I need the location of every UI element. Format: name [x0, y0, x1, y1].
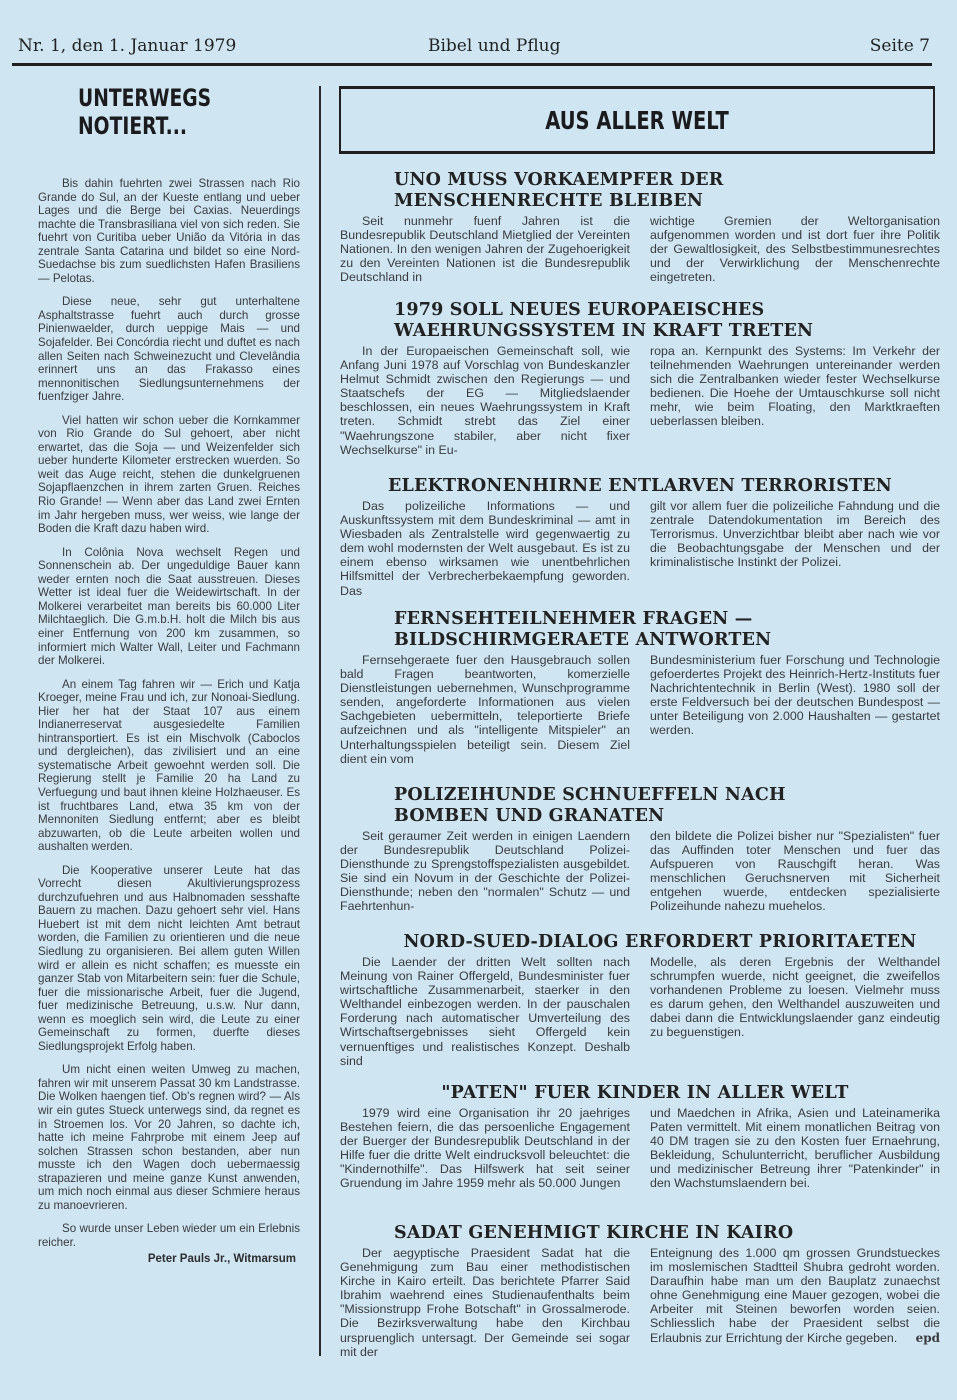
- header-rule: [12, 63, 932, 66]
- article-column: Seit nunmehr fuenf Jahren ist die Bundes…: [340, 214, 630, 284]
- publication-name: Bibel und Pflug: [428, 36, 561, 56]
- article-column: ropa an. Kernpunkt des Systems: Im Verke…: [650, 344, 940, 457]
- left-article-title: UNTERWEGS NOTIERT...: [78, 84, 251, 140]
- article-elektronenhirne: ELEKTRONENHIRNE ENTLARVEN TERRORISTEN Da…: [340, 476, 940, 598]
- left-article: UNTERWEGS NOTIERT... Bis dahin fuehrten …: [38, 84, 300, 1267]
- article-column: wichtige Gremien der Weltorganisation au…: [650, 214, 940, 284]
- article-column: und Maedchen in Afrika, Asien und Latein…: [650, 1106, 940, 1191]
- left-article-body: Bis dahin fuehrten zwei Strassen nach Ri…: [38, 177, 300, 1267]
- paragraph: Um nicht einen weiten Umweg zu machen, f…: [38, 1063, 300, 1212]
- article-headline: ELEKTRONENHIRNE ENTLARVEN TERRORISTEN: [340, 476, 940, 497]
- article-column: gilt vor allem fuer die polizeiliche Fah…: [650, 499, 940, 598]
- article-headline: NORD-SUED-DIALOG ERFORDERT PRIORITAETEN: [340, 932, 940, 953]
- article-polizeihunde: POLIZEIHUNDE SCHNUEFFELN NACHBOMBEN UND …: [340, 785, 940, 914]
- article-waehrung: 1979 SOLL NEUES EUROPAEISCHESWAEHRUNGSSY…: [340, 300, 940, 457]
- article-headline: 1979 SOLL NEUES EUROPAEISCHESWAEHRUNGSSY…: [340, 300, 940, 342]
- article-column: Der aegyptische Praesident Sadat hat die…: [340, 1246, 630, 1359]
- paragraph: Viel hatten wir schon ueber die Kornkamm…: [38, 414, 300, 536]
- article-headline: UNO MUSS VORKAEMPFER DERMENSCHENRECHTE B…: [340, 170, 940, 212]
- article-column: Seit geraumer Zeit werden in einigen Lae…: [340, 829, 630, 914]
- article-nord-sued: NORD-SUED-DIALOG ERFORDERT PRIORITAETEN …: [340, 932, 940, 1068]
- article-column: den bildete die Polizei bisher nur "Spez…: [650, 829, 940, 914]
- paragraph: Bis dahin fuehrten zwei Strassen nach Ri…: [38, 177, 300, 285]
- section-banner: AUS ALLER WELT: [339, 86, 935, 154]
- article-column: Das polizeiliche Informations — und Ausk…: [340, 499, 630, 598]
- paragraph: An einem Tag fahren wir — Erich und Katj…: [38, 678, 300, 854]
- article-uno: UNO MUSS VORKAEMPFER DERMENSCHENRECHTE B…: [340, 170, 940, 284]
- article-column: Enteignung des 1.000 qm grossen Grundstu…: [650, 1246, 940, 1359]
- article-column: Die Laender der dritten Welt sollten nac…: [340, 955, 630, 1068]
- paragraph: Diese neue, sehr gut unterhaltene Asphal…: [38, 295, 300, 403]
- article-column: Modelle, als deren Ergebnis der Welthand…: [650, 955, 940, 1068]
- source-credit: epd: [916, 1331, 940, 1345]
- article-column: In der Europaeischen Gemeinschaft soll, …: [340, 344, 630, 457]
- article-column: 1979 wird eine Organisation ihr 20 jaehr…: [340, 1106, 630, 1191]
- column-divider: [319, 86, 321, 1356]
- author-signature: Peter Pauls Jr., Witmarsum: [38, 1253, 296, 1267]
- paragraph: Die Kooperative unserer Leute hat das Vo…: [38, 864, 300, 1054]
- paragraph: In Colônia Nova wechselt Regen und Sonne…: [38, 546, 300, 668]
- article-headline: POLIZEIHUNDE SCHNUEFFELN NACHBOMBEN UND …: [340, 785, 940, 827]
- paragraph: So wurde unser Leben wieder um ein Erleb…: [38, 1222, 300, 1249]
- issue-date: Nr. 1, den 1. Januar 1979: [18, 36, 236, 56]
- page-header: Nr. 1, den 1. Januar 1979 Bibel und Pflu…: [18, 36, 930, 64]
- page-number: Seite 7: [870, 36, 930, 56]
- article-headline: SADAT GENEHMIGT KIRCHE IN KAIRO: [340, 1223, 940, 1244]
- article-fernseh: FERNSEHTEILNEHMER FRAGEN —BILDSCHIRMGERA…: [340, 609, 940, 766]
- article-paten: "PATEN" FUER KINDER IN ALLER WELT 1979 w…: [340, 1083, 940, 1191]
- article-headline: FERNSEHTEILNEHMER FRAGEN —BILDSCHIRMGERA…: [340, 609, 940, 651]
- article-column: Bundesministerium fuer Forschung und Tec…: [650, 653, 940, 766]
- article-sadat: SADAT GENEHMIGT KIRCHE IN KAIRO Der aegy…: [340, 1223, 940, 1359]
- article-column: Fernsehgeraete fuer den Hausgebrauch sol…: [340, 653, 630, 766]
- newspaper-page: Nr. 1, den 1. Januar 1979 Bibel und Pflu…: [0, 0, 957, 1400]
- article-headline: "PATEN" FUER KINDER IN ALLER WELT: [340, 1083, 940, 1104]
